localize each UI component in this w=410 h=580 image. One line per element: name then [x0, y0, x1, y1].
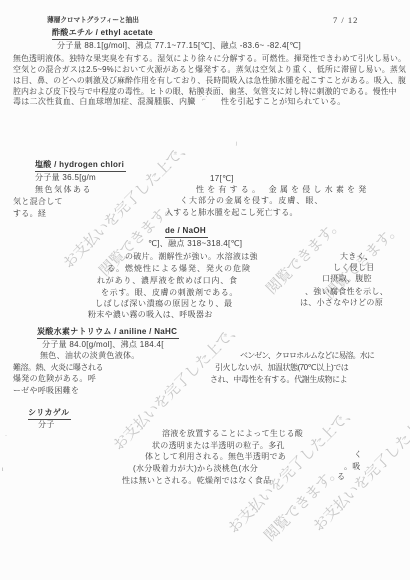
text-fragment: 分子量 36.5[g/m: [35, 173, 96, 182]
text-fragment: の破片。潮解性が強い。水溶液は強: [125, 252, 258, 261]
text-fragment: く大部分の金属を侵す。皮膚、眼、: [180, 196, 323, 205]
section-heading-silica-gel: シリカゲル: [28, 408, 71, 420]
text-fragment: 性を引起すことが知られている。: [221, 97, 346, 106]
text-fragment: ˉ⌐`: [200, 96, 208, 105]
paragraph-ethyl-acetate-body: 無色透明液体。独特な果実臭を有する。湿気により徐々に分解する。可燃性。揮発性でき…: [13, 53, 406, 97]
text-fragment: は、小さなやけどの原: [300, 298, 383, 307]
text-fragment: 爆発の危険がある。呼: [13, 374, 96, 383]
text-fragment: しばしば深い潰瘍の原因となり、最: [95, 299, 233, 308]
text-fragment: 粉末や濃い霧の吸入は、呼吸器お: [88, 310, 213, 319]
text-fragment: 無色気体ある: [35, 185, 92, 194]
text-fragment: 難溶。熱、火炎に曝される: [13, 363, 103, 372]
text-fragment: 毒は二次性貧血、白血球増加症、混濁腫脹、内臓: [13, 97, 196, 106]
page-number: 7 / 12: [333, 16, 358, 25]
text-fragment: する。経: [13, 209, 46, 218]
text-fragment: 。吸: [344, 462, 361, 471]
section-heading-naoh: de / NaOH: [165, 226, 208, 238]
section-heading-sodium-bicarbonate: 炭酸水素ナトリウム / aniline / NaHC: [37, 327, 179, 339]
text-fragment: 体として利用される。無色半透明であ: [145, 452, 286, 461]
text-fragment: 引火しないが、加温状態(70℃以上)では: [215, 363, 348, 372]
section-heading-hydrochloric-acid: 塩酸 / hydrogen chlori: [35, 160, 126, 172]
text-fragment: ℃]、融点 318~318.4[℃]: [148, 239, 242, 248]
text-fragment: 分子: [38, 420, 55, 429]
text-fragment: しく侵し目: [333, 263, 375, 272]
text-fragment: 入すると肺水腫を起こし死亡する。: [165, 208, 298, 217]
text-fragment: 状の透明または半透明の粒子。多孔: [152, 441, 285, 450]
text-fragment: 性を有する。 金属を侵し水素を発: [196, 185, 369, 194]
text-fragment: 17[℃]: [210, 174, 234, 183]
text-fragment: を示す。眼、皮膚の刺激剤である。: [101, 288, 238, 297]
text-fragment: ベンゼン、クロロホルムなどに易溶。水に: [240, 351, 374, 360]
text-fragment: ーゼや呼吸困難を: [13, 386, 79, 395]
text-fragment: ʲ: [236, 141, 237, 150]
text-fragment: 気と混合して: [13, 197, 63, 206]
text-fragment: ·: [5, 432, 7, 441]
text-fragment: 口摂取、腹腔: [322, 274, 372, 283]
text-fragment: 、強い腐食性を示し、: [305, 287, 388, 296]
text-fragment: され、中毒性を有する。代謝生成物によ: [210, 375, 347, 384]
text-fragment: る: [337, 472, 345, 481]
text-fragment: 性は無いとされる。乾燥剤ではなく食品: [122, 476, 271, 485]
section-heading-ethyl-acetate: 酢酸エチル / ethyl acetate: [52, 28, 155, 40]
text-fragment: 大きく、: [340, 252, 373, 261]
text-fragment: 分子量 88.1[g/mol]、沸点 77.1~77.15[℃]、融点 -83.…: [57, 41, 301, 50]
text-fragment: 分子量 84.0[g/mol]、沸点 184.4[: [42, 340, 164, 349]
text-fragment: る。燃焼性による爆発、発火の危険: [107, 264, 251, 273]
text-fragment: 無色、油状の淡黄色液体。: [40, 351, 140, 360]
text-fragment: (水分吸着力が大)から淡桃色(水分: [133, 464, 258, 473]
text-fragment: く: [354, 450, 362, 459]
document-page: 薄層クロマトグラフィーと抽出 7 / 12 無色透明液体。独特な果実臭を有する。…: [0, 0, 410, 580]
page-title: 薄層クロマトグラフィーと抽出: [47, 16, 139, 25]
text-fragment: れがあり、濃厚液を飲めば口内、食: [97, 276, 238, 285]
text-fragment: 溶液を放置することによって生じる酸: [162, 429, 303, 438]
text-fragment: ι: [2, 466, 3, 475]
